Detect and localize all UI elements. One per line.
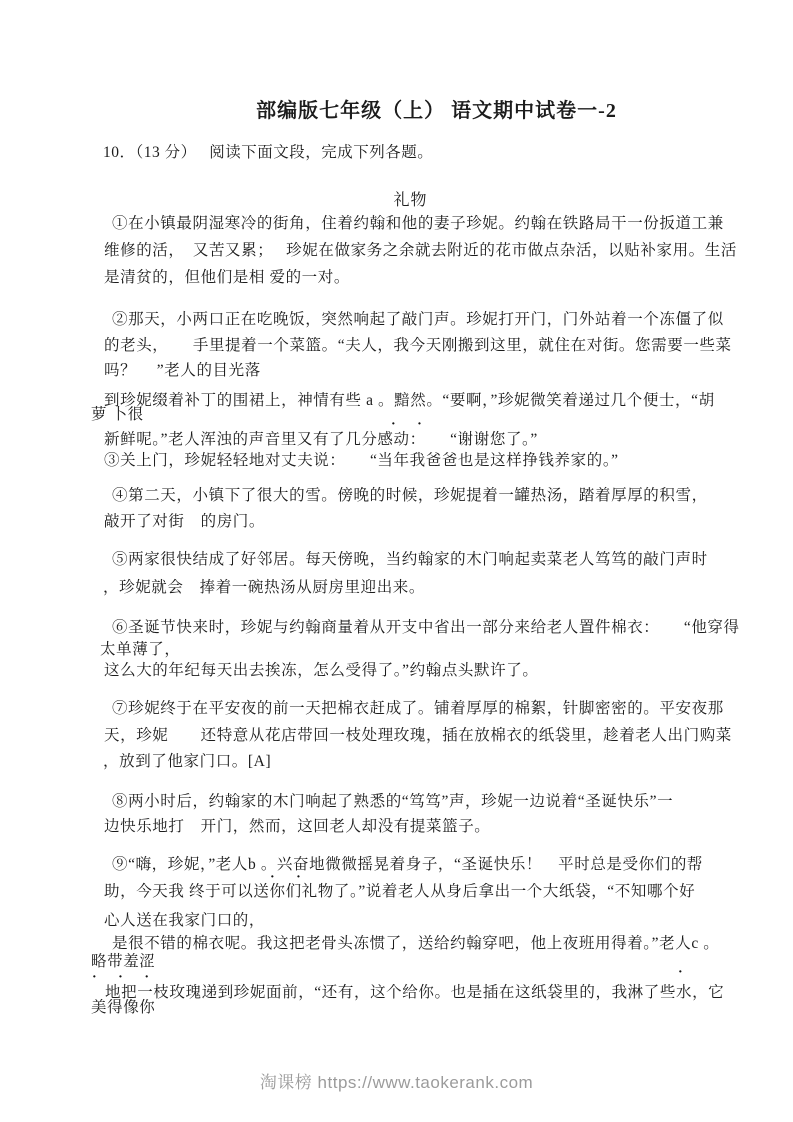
page-title: 部编版七年级（上） 语文期中试卷一-2: [40, 94, 793, 123]
passage-line: 地把一枝玫瑰递到珍妮面前，“还有，这个给你。也是插在这纸袋里的，我淋了些水，它: [105, 984, 724, 1001]
passage-line: 天，珍妮 还特意从花店带回一枝处理玫瑰，插在放棉衣的纸袋里，趁着老人出门购菜: [104, 727, 732, 744]
passage-line: ⑤两家很快结成了好邻居。每天傍晚，当约翰家的木门响起卖菜老人笃笃的敲门声时: [112, 551, 708, 568]
passage-line: 边快乐地打 开门，然而，这回老人却没有提菜篮子。: [104, 818, 490, 835]
passage-line: ⑨“嗨，珍妮，”老人b 。兴奋地微微摇晃着身子，“圣诞快乐！ 平时总是受你们的帮: [112, 856, 703, 873]
passage-line: 这么大的年纪每天出去挨冻，怎么受得了。”约翰点头默许了。: [104, 662, 538, 679]
passage-line: ，珍妮就会 捧着一碗热汤从厨房里迎出来。: [103, 579, 425, 596]
passage-line: 维修的活， 又苦又累； 珍妮在做家务之余就去附近的花市做点杂活，以贴补家用。生活: [104, 242, 737, 259]
passage-line: 美得像你: [91, 999, 155, 1016]
passage-line: 吗？ ”老人的目光落: [104, 362, 261, 379]
passage-line: ④第二天，小镇下了很大的雪。傍晚的时候，珍妮提着一罐热汤，踏着厚厚的积雪，: [112, 487, 708, 504]
passage-line: 新鲜呢。”老人浑浊的声音里又有了几分感动： “谢谢您了。”: [104, 431, 538, 448]
passage-line: 萝 卜很: [91, 406, 144, 423]
footer-link[interactable]: https://www.taokerank.com: [318, 1073, 534, 1092]
passage-line: 敲开了对街 的房门。: [104, 513, 265, 530]
passage-line: ③关上门，珍妮轻轻地对丈夫说： “当年我爸爸也是这样挣钱养家的。”: [104, 452, 619, 469]
passage-line: ⑦珍妮终于在平安夜的前一天把棉衣赶成了。铺着厚厚的棉絮，针脚密密的。平安夜那: [112, 700, 724, 717]
passage-line: 是很不错的棉衣呢。我这把老骨头冻惯了，送给约翰穿吧，他上夜班用得着。”老人c 。: [112, 935, 719, 952]
passage-line: 是清贫的，但他们是相 爱的一对。: [104, 269, 350, 286]
passage-line: 助，今天我 终于可以送你们礼物了。”说着老人从身后拿出一个大纸袋，“不知哪个好: [104, 883, 695, 900]
passage-title: 礼物: [14, 187, 793, 210]
passage-line: 到珍妮缀着补丁的围裙上，神情有些 a 。黯然。“要啊，”珍妮微笑着递过几个便士，…: [104, 392, 715, 409]
passage-line: ⑥圣诞节快来时，珍妮与约翰商量着从开支中省出一部分来给老人置件棉衣： “他穿得: [112, 619, 740, 636]
passage-line: 略带羞涩: [91, 953, 155, 970]
passage-line: ②那天，小两口正在吃晚饭，突然响起了敲门声。珍妮打开门，门外站着一个冻僵了似: [112, 311, 724, 328]
passage-line: ⑧两小时后，约翰家的木门响起了熟悉的“笃笃”声，珍妮一边说着“圣诞快乐”一: [112, 793, 673, 810]
footer: 淘课榜 https://www.taokerank.com: [0, 1068, 793, 1093]
footer-site-name: 淘课榜: [260, 1073, 313, 1092]
question-header: 10．（13 分） 阅读下面文段，完成下列各题。: [103, 140, 433, 162]
passage-line: ，放到了他家门口。[A]: [103, 753, 271, 770]
passage-line: ①在小镇最阴湿寒冷的街角，住着约翰和他的妻子珍妮。约翰在铁路局干一份扳道工兼: [112, 215, 724, 232]
passage-line: 太单薄了，: [100, 641, 181, 658]
emphasis-dot: ·: [678, 965, 692, 981]
passage-line: 心人送在我家门口的，: [104, 912, 265, 929]
passage-line: 的老头， 手里提着一个菜篮。“夫人，我今天刚搬到这里，就住在对街。您需要一些菜: [104, 337, 732, 354]
